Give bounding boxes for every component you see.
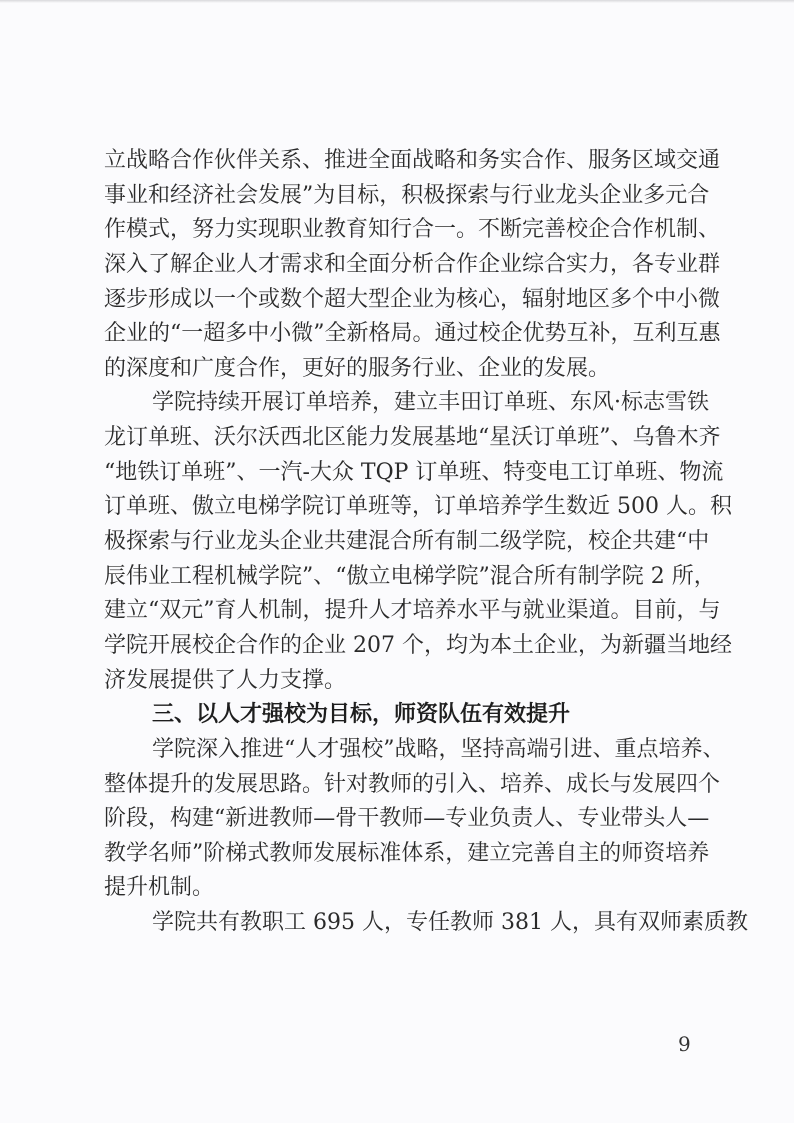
document-body: 立战略合作伙伴关系、推进全面战略和务实合作、服务区域交通 事业和经济社会发展”为…: [104, 144, 692, 941]
text-line: 作模式，努力实现职业教育知行合一。不断完善校企合作机制、: [104, 213, 692, 248]
text-line: 订单班、傲立电梯学院订单班等，订单培养学生数近 500 人。积: [104, 490, 692, 525]
text-line: 学院开展校企合作的企业 207 个，均为本土企业，为新疆当地经: [104, 629, 692, 664]
text-line: 学院共有教职工 695 人，专任教师 381 人，具有双师素质教: [104, 906, 692, 941]
paragraph-talent-strategy: 学院深入推进“人才强校”战略，坚持高端引进、重点培养、 整体提升的发展思路。针对…: [104, 733, 692, 906]
text-line: 阶段，构建“新进教师—骨干教师—专业负责人、专业带头人—: [104, 802, 692, 837]
page-number: 9: [678, 1032, 691, 1056]
text-line: 逐步形成以一个或数个超大型企业为核心，辐射地区多个中小微: [104, 283, 692, 318]
text-line: 的深度和广度合作，更好的服务行业、企业的发展。: [104, 352, 692, 387]
section-heading: 三、以人才强校为目标，师资队伍有效提升: [104, 698, 692, 733]
text-line: 企业的“一超多中小微”全新格局。通过校企优势互补，互利互惠: [104, 317, 692, 352]
paragraph-order-training: 学院持续开展订单培养，建立丰田订单班、东风·标志雪铁 龙订单班、沃尔沃西北区能力…: [104, 386, 692, 698]
text-line: 整体提升的发展思路。针对教师的引入、培养、成长与发展四个: [104, 768, 692, 803]
paragraph-staff-statistics: 学院共有教职工 695 人，专任教师 381 人，具有双师素质教: [104, 906, 692, 941]
text-line: 教学名师”阶梯式教师发展标准体系，建立完善自主的师资培养: [104, 837, 692, 872]
text-line: 济发展提供了人力支撑。: [104, 664, 692, 699]
text-line: 学院持续开展订单培养，建立丰田订单班、东风·标志雪铁: [104, 386, 692, 421]
text-line: 深入了解企业人才需求和全面分析合作企业综合实力，各专业群: [104, 248, 692, 283]
text-line: 学院深入推进“人才强校”战略，坚持高端引进、重点培养、: [104, 733, 692, 768]
text-line: “地铁订单班”、一汽-大众 TQP 订单班、特变电工订单班、物流: [104, 456, 692, 491]
text-line: 龙订单班、沃尔沃西北区能力发展基地“星沃订单班”、乌鲁木齐: [104, 421, 692, 456]
text-line: 建立“双元”育人机制，提升人才培养水平与就业渠道。目前，与: [104, 594, 692, 629]
text-line: 极探索与行业龙头企业共建混合所有制二级学院，校企共建“中: [104, 525, 692, 560]
paragraph-school-enterprise-cooperation: 立战略合作伙伴关系、推进全面战略和务实合作、服务区域交通 事业和经济社会发展”为…: [104, 144, 692, 386]
text-line: 立战略合作伙伴关系、推进全面战略和务实合作、服务区域交通: [104, 144, 692, 179]
text-line: 辰伟业工程机械学院”、“傲立电梯学院”混合所有制学院 2 所，: [104, 560, 692, 595]
text-line: 提升机制。: [104, 871, 692, 906]
text-line: 事业和经济社会发展”为目标，积极探索与行业龙头企业多元合: [104, 179, 692, 214]
scan-top-edge: [0, 0, 794, 3]
